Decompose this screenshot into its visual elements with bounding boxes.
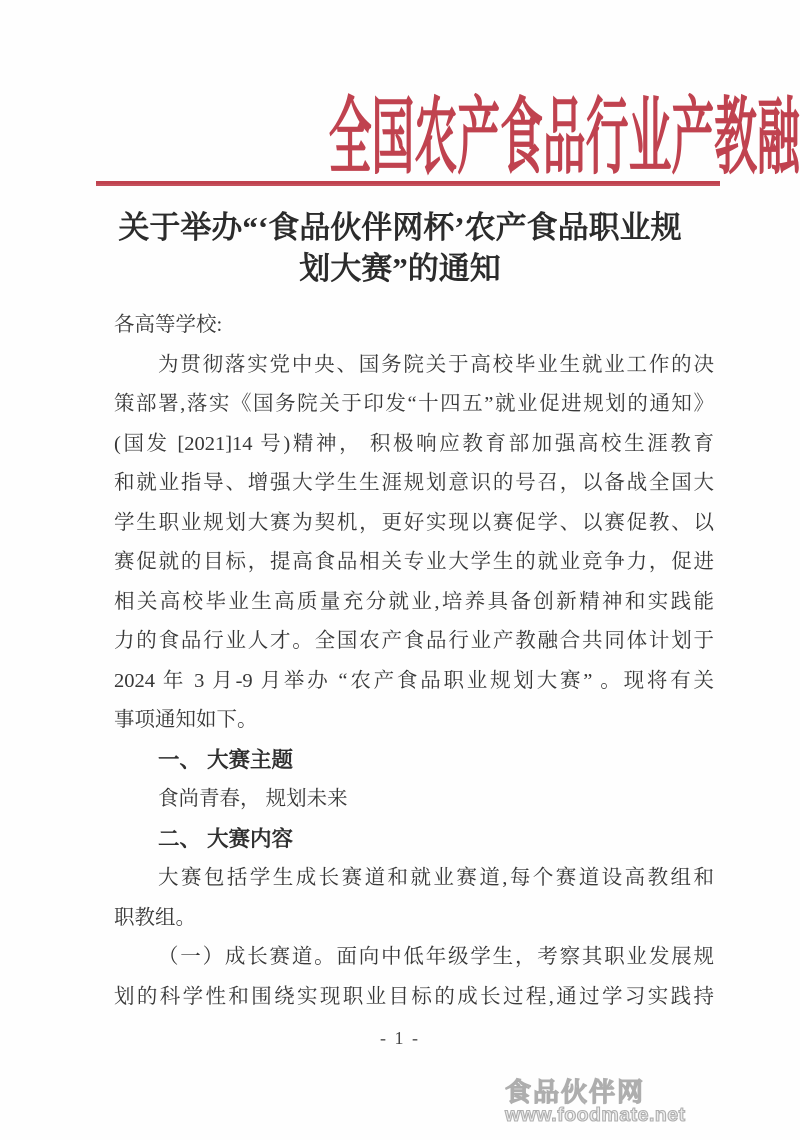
body-line: 划的科学性和围绕实现职业目标的成长过程,通过学习实践持 bbox=[114, 978, 714, 1018]
body-line: 食尚青春， 规划未来 bbox=[114, 780, 714, 820]
watermark-site-name: 食品伙伴网 bbox=[505, 1079, 686, 1105]
body-line: 大赛包括学生成长赛道和就业赛道,每个赛道设高教组和 bbox=[114, 859, 714, 899]
body-line: 各高等学校: bbox=[114, 306, 714, 346]
letterhead-text: 全国农产食品行业产教融合共同体 bbox=[329, 96, 800, 182]
body-line: 学生职业规划大赛为契机，更好实现以赛促学、以赛促教、以 bbox=[114, 504, 714, 544]
body-line: 2024 年 3 月-9 月举办 “农产食品职业规划大赛” 。现将有关 bbox=[114, 662, 714, 702]
letterhead-divider-rule bbox=[96, 181, 720, 186]
watermark-site-url: www.foodmate.net bbox=[505, 1106, 686, 1126]
letterhead-title: 全国农产食品行业产教融合共同体 bbox=[20, 96, 800, 182]
document-body: 各高等学校:为贯彻落实党中央、国务院关于高校毕业生就业工作的决策部署,落实《国务… bbox=[114, 306, 714, 1017]
body-line: 力的食品行业人才。全国农产食品行业产教融合共同体计划于 bbox=[114, 622, 714, 662]
document-title-line-1: 关于举办“‘食品伙伴网杯’农产食品职业规 bbox=[0, 207, 800, 248]
body-line: （一）成长赛道。面向中低年级学生，考察其职业发展规 bbox=[114, 938, 714, 978]
body-line: 策部署,落实《国务院关于印发“十四五”就业促进规划的通知》 bbox=[114, 385, 714, 425]
body-line: 和就业指导、增强大学生生涯规划意识的号召，以备战全国大 bbox=[114, 464, 714, 504]
document-title: 关于举办“‘食品伙伴网杯’农产食品职业规 划大赛”的通知 bbox=[0, 207, 800, 289]
body-line: 二、 大赛内容 bbox=[114, 820, 714, 860]
watermark: 食品伙伴网 www.foodmate.net bbox=[505, 1079, 686, 1126]
body-line: (国发 [2021]14 号)精神， 积极响应教育部加强高校生涯教育 bbox=[114, 425, 714, 465]
notice-document-page: 全国农产食品行业产教融合共同体 关于举办“‘食品伙伴网杯’农产食品职业规 划大赛… bbox=[0, 0, 800, 1140]
body-line: 职教组。 bbox=[114, 899, 714, 939]
body-line: 一、 大赛主题 bbox=[114, 741, 714, 781]
body-line: 相关高校毕业生高质量充分就业,培养具备创新精神和实践能 bbox=[114, 583, 714, 623]
document-title-line-2: 划大赛”的通知 bbox=[0, 248, 800, 289]
body-line: 事项通知如下。 bbox=[114, 701, 714, 741]
body-line: 为贯彻落实党中央、国务院关于高校毕业生就业工作的决 bbox=[114, 346, 714, 386]
page-number: - 1 - bbox=[0, 1028, 800, 1049]
body-line: 赛促就的目标，提高食品相关专业大学生的就业竞争力，促进 bbox=[114, 543, 714, 583]
